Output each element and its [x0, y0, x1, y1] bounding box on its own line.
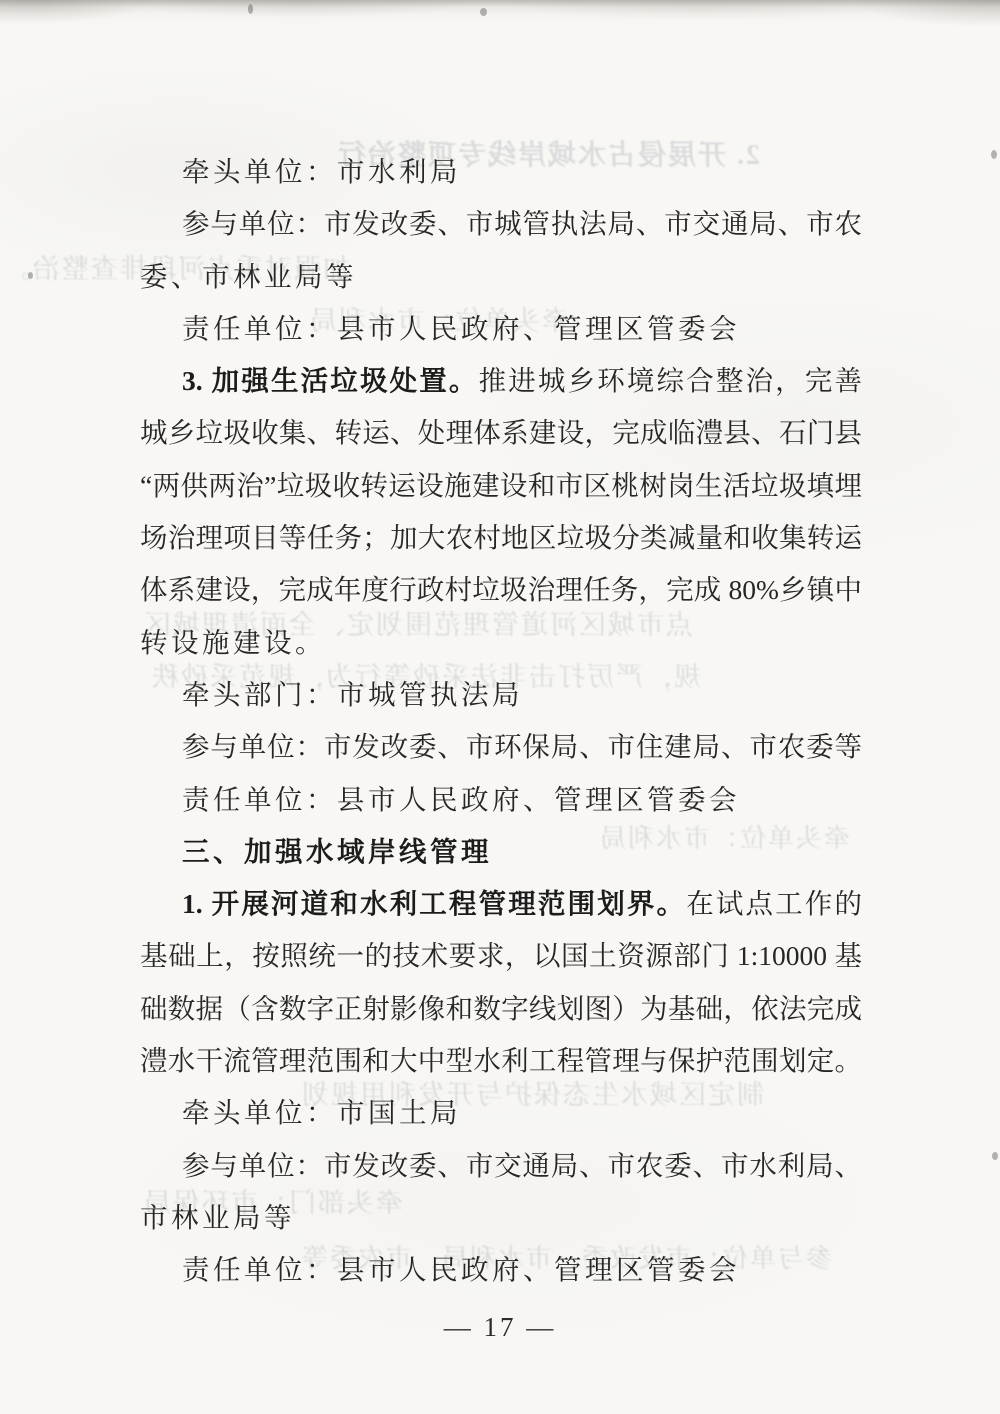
- bold-text-segment: 三、加强水域岸线管理: [182, 836, 492, 867]
- text-line: 牵头单位：市国土局: [140, 1087, 862, 1139]
- body-text-segment: 牵头部门：市城管执法局: [182, 679, 523, 710]
- text-line: 市林业局等: [140, 1192, 862, 1244]
- scanned-document-page: 2. 开展侵占水域岸线专项整治行加强对重点河段排查整治。牵头单位：市水利局点市城…: [0, 0, 1000, 1414]
- text-line: “两供两治”垃圾收转运设施建设和市区桃树岗生活垃圾填埋: [140, 460, 862, 512]
- scan-edge-artifact: [0, 0, 1000, 46]
- body-text-segment: 参与单位：市发改委、市城管执法局、市交通局、市农: [182, 208, 862, 239]
- text-line: 参与单位：市发改委、市城管执法局、市交通局、市农: [140, 198, 862, 250]
- body-text-segment: 基础上，按照统一的技术要求，以国土资源部门 1:10000 基: [140, 940, 862, 971]
- scan-speck-artifact: [248, 4, 253, 14]
- body-text-segment: 牵头单位：市国土局: [182, 1097, 461, 1128]
- bold-text-segment: 3. 加强生活垃圾处置。: [182, 365, 479, 396]
- text-line: 3. 加强生活垃圾处置。推进城乡环境综合整治，完善: [140, 355, 862, 407]
- text-line: 参与单位：市发改委、市环保局、市住建局、市农委等: [140, 721, 862, 773]
- page-number: — 17 —: [0, 1312, 1000, 1343]
- text-line: 澧水干流管理范围和大中型水利工程管理与保护范围划定。: [140, 1035, 862, 1087]
- text-line: 参与单位：市发改委、市交通局、市农委、市水利局、: [140, 1140, 862, 1192]
- body-text-segment: 推进城乡环境综合整治，完善: [479, 365, 862, 396]
- body-text-segment: 场治理项目等任务；加大农村地区垃圾分类减量和收集转运: [140, 522, 862, 553]
- scan-speck-artifact: [480, 8, 487, 16]
- body-text-segment: 转设施建设。: [140, 627, 326, 658]
- bold-text-segment: 1. 开展河道和水利工程管理范围划界。: [182, 888, 686, 919]
- body-text-segment: 责任单位：县市人民政府、管理区管委会: [182, 784, 740, 815]
- body-text-segment: 础数据（含数字正射影像和数字线划图）为基础，依法完成: [140, 993, 862, 1024]
- text-line: 委、市林业局等: [140, 251, 862, 303]
- body-text-segment: 体系建设，完成年度行政村垃圾治理任务，完成 80%乡镇中: [140, 574, 862, 605]
- text-line: 牵头单位：市水利局: [140, 146, 862, 198]
- text-line: 1. 开展河道和水利工程管理范围划界。在试点工作的: [140, 878, 862, 930]
- scan-speck-artifact: [992, 1152, 998, 1160]
- text-line: 础数据（含数字正射影像和数字线划图）为基础，依法完成: [140, 983, 862, 1035]
- text-line: 基础上，按照统一的技术要求，以国土资源部门 1:10000 基: [140, 930, 862, 982]
- body-text-segment: 参与单位：市发改委、市环保局、市住建局、市农委等: [182, 731, 862, 762]
- body-text-segment: 参与单位：市发改委、市交通局、市农委、市水利局、: [182, 1150, 862, 1181]
- text-line: 责任单位：县市人民政府、管理区管委会: [140, 303, 862, 355]
- body-text-segment: 城乡垃圾收集、转运、处理体系建设，完成临澧县、石门县: [140, 417, 862, 448]
- document-body: 牵头单位：市水利局参与单位：市发改委、市城管执法局、市交通局、市农委、市林业局等…: [140, 146, 862, 1297]
- scan-speck-artifact: [28, 272, 33, 279]
- body-text-segment: 市林业局等: [140, 1202, 295, 1233]
- body-text-segment: “两供两治”垃圾收转运设施建设和市区桃树岗生活垃圾填埋: [140, 470, 862, 501]
- text-line: 场治理项目等任务；加大农村地区垃圾分类减量和收集转运: [140, 512, 862, 564]
- body-text-segment: 责任单位：县市人民政府、管理区管委会: [182, 313, 740, 344]
- body-text-segment: 澧水干流管理范围和大中型水利工程管理与保护范围划定。: [140, 1045, 862, 1076]
- body-text-segment: 在试点工作的: [686, 888, 862, 919]
- text-line: 责任单位：县市人民政府、管理区管委会: [140, 1244, 862, 1296]
- body-text-segment: 委、市林业局等: [140, 261, 357, 292]
- page-number-text: — 17 —: [444, 1312, 557, 1342]
- text-line: 责任单位：县市人民政府、管理区管委会: [140, 774, 862, 826]
- body-text-segment: 牵头单位：市水利局: [182, 156, 461, 187]
- text-line: 牵头部门：市城管执法局: [140, 669, 862, 721]
- text-line: 体系建设，完成年度行政村垃圾治理任务，完成 80%乡镇中: [140, 564, 862, 616]
- text-line: 城乡垃圾收集、转运、处理体系建设，完成临澧县、石门县: [140, 407, 862, 459]
- text-line: 转设施建设。: [140, 617, 862, 669]
- scan-speck-artifact: [991, 150, 997, 159]
- text-line: 三、加强水域岸线管理: [140, 826, 862, 878]
- body-text-segment: 责任单位：县市人民政府、管理区管委会: [182, 1254, 740, 1285]
